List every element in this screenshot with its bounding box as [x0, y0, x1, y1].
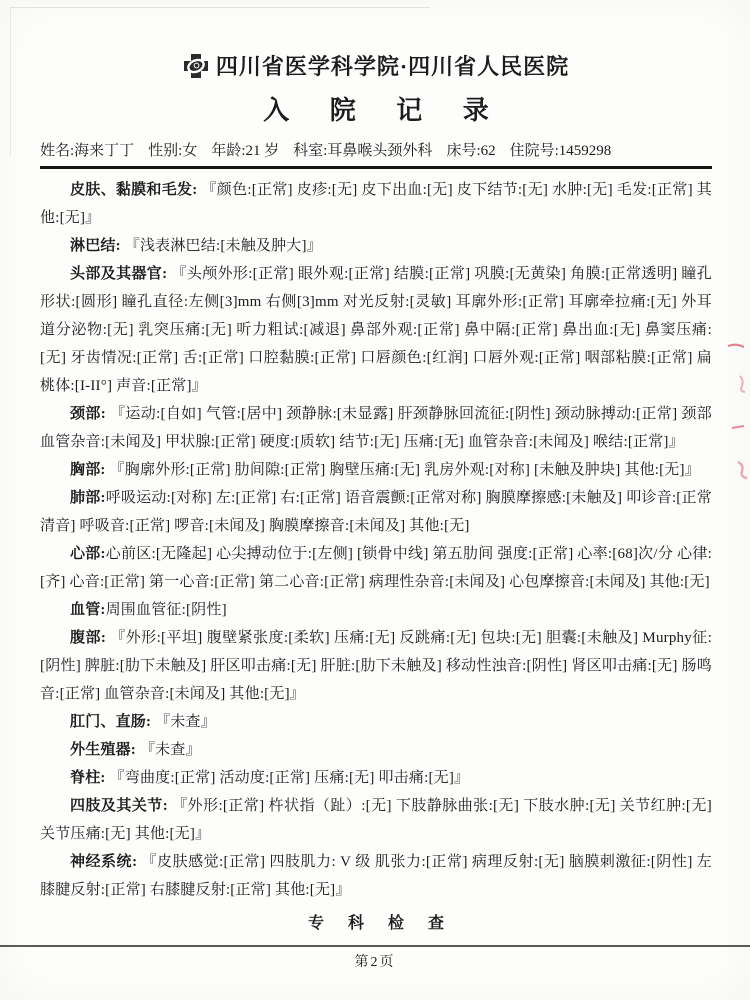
scanned-admission-record-page: 四川省医学科学院·四川省人民医院 入 院 记 录 姓名:海来丁丁性别:女年龄:2… [0, 0, 750, 1000]
patient-field: 性别:女 [148, 139, 197, 160]
exam-section-label: 四肢及其关节: [70, 798, 168, 814]
exam-section: 脊柱: 『弯曲度:[正常] 活动度:[正常] 压痛:[无] 叩击痛:[无]』 [40, 764, 712, 792]
exam-section-label: 颈部: [70, 406, 106, 422]
exam-section-label: 外生殖器: [70, 742, 136, 758]
exam-section: 四肢及其关节: 『外形:[正常] 杵状指（趾）:[无] 下肢静脉曲张:[无] 下… [40, 792, 712, 848]
patient-field: 床号:62 [446, 139, 495, 160]
hospital-header: 四川省医学科学院·四川省人民医院 [40, 50, 712, 81]
exam-section: 头部及其器官: 『头颅外形:[正常] 眼外观:[正常] 结膜:[正常] 巩膜:[… [40, 260, 712, 400]
exam-section: 腹部: 『外形:[平坦] 腹壁紧张度:[柔软] 压痛:[无] 反跳痛:[无] 包… [40, 624, 712, 708]
exam-section: 颈部: 『运动:[自如] 气管:[居中] 颈静脉:[未显露] 肝颈静脉回流征:[… [40, 400, 712, 456]
medical-cross-icon [183, 53, 209, 79]
exam-section-label: 皮肤、黏膜和毛发: [70, 182, 197, 198]
hospital-name: 四川省医学科学院·四川省人民医院 [216, 50, 569, 81]
exam-section-label: 胸部: [70, 462, 106, 478]
patient-field: 科室:耳鼻喉头颈外科 [293, 139, 432, 160]
exam-section-label: 腹部: [70, 630, 106, 646]
exam-section: 神经系统: 『皮肤感觉:[正常] 四肢肌力: V 级 肌张力:[正常] 病理反射… [40, 848, 712, 904]
exam-section-label: 心部: [70, 546, 106, 562]
exam-section: 血管:周围血管征:[阴性] [40, 596, 712, 624]
page-number: 第2页 [0, 951, 750, 971]
exam-section: 心部:心前区:[无隆起] 心尖搏动位于:[左侧] [锁骨中线] 第五肋间 强度:… [40, 540, 712, 596]
exam-section: 皮肤、黏膜和毛发: 『颜色:[正常] 皮疹:[无] 皮下出血:[无] 皮下结节:… [40, 176, 712, 232]
page-title: 入 院 记 录 [40, 90, 712, 127]
specialist-exam-heading: 专 科 检 查 [40, 910, 712, 933]
exam-section-label: 脊柱: [70, 770, 106, 786]
exam-sections: 皮肤、黏膜和毛发: 『颜色:[正常] 皮疹:[无] 皮下出血:[无] 皮下结节:… [40, 176, 712, 904]
exam-section: 肺部:呼吸运动:[对称] 左:[正常] 右:[正常] 语音震颤:[正常对称] 胸… [40, 484, 712, 540]
patient-info-row: 姓名:海来丁丁性别:女年龄:21 岁科室:耳鼻喉头颈外科床号:62住院号:145… [40, 139, 712, 169]
exam-section-label: 头部及其器官: [70, 266, 167, 282]
exam-section-label: 淋巴结: [70, 238, 121, 254]
footer-rule [0, 945, 750, 947]
document-body: 四川省医学科学院·四川省人民医院 入 院 记 录 姓名:海来丁丁性别:女年龄:2… [0, 0, 750, 933]
exam-section: 胸部: 『胸廓外形:[正常] 肋间隙:[正常] 胸壁压痛:[无] 乳房外观:[对… [40, 456, 712, 484]
exam-section-label: 血管: [70, 602, 106, 618]
patient-field: 姓名:海来丁丁 [40, 139, 134, 160]
exam-section: 外生殖器: 『未查』 [40, 736, 712, 764]
exam-section: 肛门、直肠: 『未查』 [40, 708, 712, 736]
exam-section-label: 肛门、直肠: [70, 714, 151, 730]
exam-section: 淋巴结: 『浅表淋巴结:[未触及肿大]』 [40, 232, 712, 260]
patient-field: 年龄:21 岁 [211, 139, 279, 160]
exam-section-label: 神经系统: [70, 854, 137, 870]
exam-section-label: 肺部: [70, 490, 106, 506]
patient-field: 住院号:1459298 [510, 139, 612, 160]
